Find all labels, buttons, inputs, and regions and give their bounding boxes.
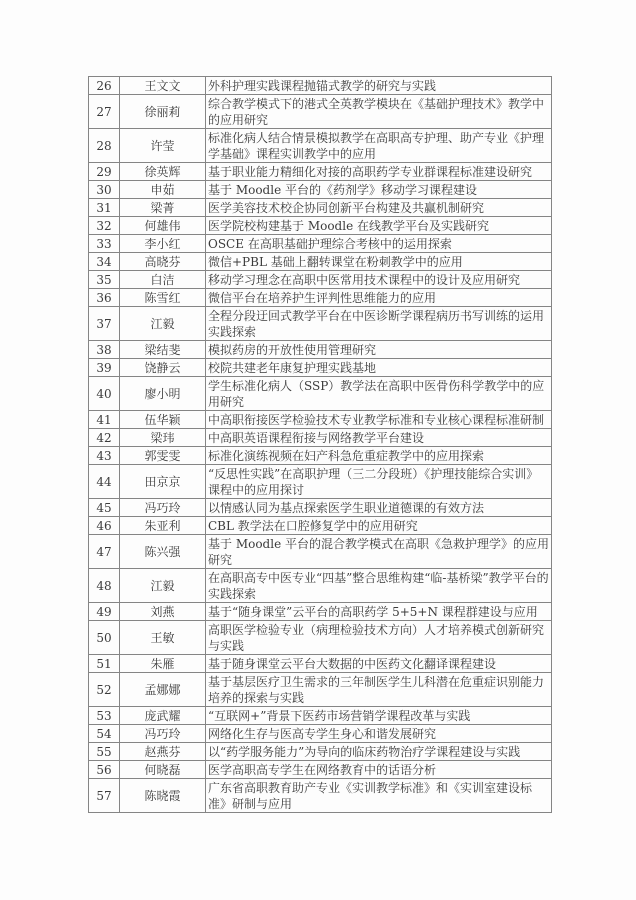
project-title-cell: 综合教学模式下的港式全英教学模块在《基础护理技术》教学中的应用研究 — [206, 95, 552, 129]
table-row: 53庞武耀“互联网+”背景下医药市场营销学课程改革与实践 — [89, 707, 552, 725]
name-cell: 梁结斐 — [120, 341, 206, 359]
row-number-cell: 45 — [89, 499, 120, 517]
table-row: 29徐英辉基于职业能力精细化对接的高职药学专业群课程标准建设研究 — [89, 163, 552, 181]
table-row: 40廖小明学生标准化病人（SSP）教学法在高职中医骨伤科学教学中的应用研究 — [89, 377, 552, 411]
project-title-cell: “互联网+”背景下医药市场营销学课程改革与实践 — [206, 707, 552, 725]
project-title-cell: 医学美容技术校企协同创新平台构建及共赢机制研究 — [206, 199, 552, 217]
project-title-cell: 基于基层医疗卫生需求的三年制医学生儿科潜在危重症识别能力培养的探索与实践 — [206, 673, 552, 707]
name-cell: 白洁 — [120, 271, 206, 289]
project-title-cell: 广东省高职教育助产专业《实训教学标准》和《实训室建设标准》研制与应用 — [206, 779, 552, 813]
project-title-cell: 基于 Moodle 平台的《药剂学》移动学习课程建设 — [206, 181, 552, 199]
project-title-cell: 模拟药房的开放性使用管理研究 — [206, 341, 552, 359]
name-cell: 高晓芬 — [120, 253, 206, 271]
name-cell: 何晓磊 — [120, 761, 206, 779]
name-cell: 赵燕芬 — [120, 743, 206, 761]
row-number-cell: 55 — [89, 743, 120, 761]
table-row: 45冯巧玲以情感认同为基点探索医学生职业道德课的有效方法 — [89, 499, 552, 517]
name-cell: 何雄伟 — [120, 217, 206, 235]
name-cell: 梁菁 — [120, 199, 206, 217]
project-title-cell: 校院共建老年康复护理实践基地 — [206, 359, 552, 377]
row-number-cell: 56 — [89, 761, 120, 779]
name-cell: 庞武耀 — [120, 707, 206, 725]
table-row: 33李小红OSCE 在高职基础护理综合考核中的运用探索 — [89, 235, 552, 253]
row-number-cell: 36 — [89, 289, 120, 307]
name-cell: 王敏 — [120, 621, 206, 655]
projects-table: 26王文文外科护理实践课程抛锚式教学的研究与实践27徐丽莉综合教学模式下的港式全… — [88, 76, 552, 813]
row-number-cell: 46 — [89, 517, 120, 535]
name-cell: 王文文 — [120, 77, 206, 95]
row-number-cell: 40 — [89, 377, 120, 411]
row-number-cell: 47 — [89, 535, 120, 569]
table-row: 42梁玮中高职英语课程衔接与网络教学平台建设 — [89, 429, 552, 447]
table-row: 56何晓磊医学高职高专学生在网络教育中的话语分析 — [89, 761, 552, 779]
row-number-cell: 39 — [89, 359, 120, 377]
project-title-cell: 基于职业能力精细化对接的高职药学专业群课程标准建设研究 — [206, 163, 552, 181]
name-cell: 陈兴强 — [120, 535, 206, 569]
name-cell: 朱雁 — [120, 655, 206, 673]
project-title-cell: 基于“随身课堂”云平台的高职药学 5+5+N 课程群建设与应用 — [206, 603, 552, 621]
table-row: 57陈晓霞广东省高职教育助产专业《实训教学标准》和《实训室建设标准》研制与应用 — [89, 779, 552, 813]
name-cell: 陈雪红 — [120, 289, 206, 307]
project-title-cell: 中高职英语课程衔接与网络教学平台建设 — [206, 429, 552, 447]
table-row: 48江毅在高职高专中医专业“四基”整合思维构建“临-基桥梁”教学平台的实践探索 — [89, 569, 552, 603]
table-row: 55赵燕芬以“药学服务能力”为导向的临床药物治疗学课程建设与实践 — [89, 743, 552, 761]
row-number-cell: 48 — [89, 569, 120, 603]
project-title-cell: 微信+PBL 基础上翻转课堂在粉刺教学中的应用 — [206, 253, 552, 271]
row-number-cell: 29 — [89, 163, 120, 181]
row-number-cell: 33 — [89, 235, 120, 253]
project-title-cell: 基于 Moodle 平台的混合教学模式在高职《急救护理学》的应用研究 — [206, 535, 552, 569]
table-row: 34高晓芬微信+PBL 基础上翻转课堂在粉刺教学中的应用 — [89, 253, 552, 271]
row-number-cell: 32 — [89, 217, 120, 235]
row-number-cell: 44 — [89, 465, 120, 499]
name-cell: 江毅 — [120, 307, 206, 341]
row-number-cell: 52 — [89, 673, 120, 707]
row-number-cell: 49 — [89, 603, 120, 621]
project-title-cell: 医学院校构建基于 Moodle 在线教学平台及实践研究 — [206, 217, 552, 235]
table-row: 41伍华颖中高职衔接医学检验技术专业教学标准和专业核心课程标准研制 — [89, 411, 552, 429]
project-title-cell: 标准化病人结合情景模拟教学在高职高专护理、助产专业《护理学基础》课程实训教学中的… — [206, 129, 552, 163]
project-title-cell: OSCE 在高职基础护理综合考核中的运用探索 — [206, 235, 552, 253]
row-number-cell: 41 — [89, 411, 120, 429]
table-row: 46朱亚利CBL 教学法在口腔修复学中的应用研究 — [89, 517, 552, 535]
name-cell: 饶静云 — [120, 359, 206, 377]
project-title-cell: “反思性实践”在高职护理（三二分段班）《护理技能综合实训》课程中的应用探讨 — [206, 465, 552, 499]
row-number-cell: 37 — [89, 307, 120, 341]
name-cell: 李小红 — [120, 235, 206, 253]
row-number-cell: 31 — [89, 199, 120, 217]
table-row: 37江毅全程分段迂回式教学平台在中医诊断学课程病历书写训练的运用实践探索 — [89, 307, 552, 341]
project-title-cell: 基于随身课堂云平台大数据的中医药文化翻译课程建设 — [206, 655, 552, 673]
table-row: 27徐丽莉综合教学模式下的港式全英教学模块在《基础护理技术》教学中的应用研究 — [89, 95, 552, 129]
table-row: 38梁结斐模拟药房的开放性使用管理研究 — [89, 341, 552, 359]
table-row: 30申茹基于 Moodle 平台的《药剂学》移动学习课程建设 — [89, 181, 552, 199]
row-number-cell: 38 — [89, 341, 120, 359]
name-cell: 冯巧玲 — [120, 725, 206, 743]
document-page: 26王文文外科护理实践课程抛锚式教学的研究与实践27徐丽莉综合教学模式下的港式全… — [0, 0, 636, 900]
name-cell: 孟娜娜 — [120, 673, 206, 707]
name-cell: 廖小明 — [120, 377, 206, 411]
table-row: 26王文文外科护理实践课程抛锚式教学的研究与实践 — [89, 77, 552, 95]
name-cell: 徐丽莉 — [120, 95, 206, 129]
table-row: 32何雄伟医学院校构建基于 Moodle 在线教学平台及实践研究 — [89, 217, 552, 235]
table-row: 52孟娜娜基于基层医疗卫生需求的三年制医学生儿科潜在危重症识别能力培养的探索与实… — [89, 673, 552, 707]
project-title-cell: 以“药学服务能力”为导向的临床药物治疗学课程建设与实践 — [206, 743, 552, 761]
row-number-cell: 28 — [89, 129, 120, 163]
project-title-cell: 高职医学检验专业（病理检验技术方向）人才培养模式创新研究与实践 — [206, 621, 552, 655]
project-title-cell: 在高职高专中医专业“四基”整合思维构建“临-基桥梁”教学平台的实践探索 — [206, 569, 552, 603]
project-title-cell: 网络化生存与医高专学生身心和谐发展研究 — [206, 725, 552, 743]
row-number-cell: 26 — [89, 77, 120, 95]
table-row: 44田京京“反思性实践”在高职护理（三二分段班）《护理技能综合实训》课程中的应用… — [89, 465, 552, 499]
project-title-cell: 微信平台在培养护生评判性思维能力的应用 — [206, 289, 552, 307]
project-title-cell: 以情感认同为基点探索医学生职业道德课的有效方法 — [206, 499, 552, 517]
projects-table-body: 26王文文外科护理实践课程抛锚式教学的研究与实践27徐丽莉综合教学模式下的港式全… — [89, 77, 552, 813]
name-cell: 田京京 — [120, 465, 206, 499]
project-title-cell: 标准化演练视频在妇产科急危重症教学中的应用探索 — [206, 447, 552, 465]
table-row: 49刘燕基于“随身课堂”云平台的高职药学 5+5+N 课程群建设与应用 — [89, 603, 552, 621]
project-title-cell: 学生标准化病人（SSP）教学法在高职中医骨伤科学教学中的应用研究 — [206, 377, 552, 411]
project-title-cell: CBL 教学法在口腔修复学中的应用研究 — [206, 517, 552, 535]
row-number-cell: 27 — [89, 95, 120, 129]
row-number-cell: 43 — [89, 447, 120, 465]
name-cell: 朱亚利 — [120, 517, 206, 535]
table-row: 50王敏高职医学检验专业（病理检验技术方向）人才培养模式创新研究与实践 — [89, 621, 552, 655]
row-number-cell: 50 — [89, 621, 120, 655]
name-cell: 陈晓霞 — [120, 779, 206, 813]
project-title-cell: 移动学习理念在高职中医常用技术课程中的设计及应用研究 — [206, 271, 552, 289]
row-number-cell: 51 — [89, 655, 120, 673]
row-number-cell: 34 — [89, 253, 120, 271]
name-cell: 徐英辉 — [120, 163, 206, 181]
project-title-cell: 全程分段迂回式教学平台在中医诊断学课程病历书写训练的运用实践探索 — [206, 307, 552, 341]
row-number-cell: 57 — [89, 779, 120, 813]
table-row: 31梁菁医学美容技术校企协同创新平台构建及共赢机制研究 — [89, 199, 552, 217]
project-title-cell: 中高职衔接医学检验技术专业教学标准和专业核心课程标准研制 — [206, 411, 552, 429]
table-row: 28许莹标准化病人结合情景模拟教学在高职高专护理、助产专业《护理学基础》课程实训… — [89, 129, 552, 163]
name-cell: 梁玮 — [120, 429, 206, 447]
row-number-cell: 54 — [89, 725, 120, 743]
table-row: 43郭雯雯标准化演练视频在妇产科急危重症教学中的应用探索 — [89, 447, 552, 465]
name-cell: 申茹 — [120, 181, 206, 199]
project-title-cell: 医学高职高专学生在网络教育中的话语分析 — [206, 761, 552, 779]
table-row: 39饶静云校院共建老年康复护理实践基地 — [89, 359, 552, 377]
project-title-cell: 外科护理实践课程抛锚式教学的研究与实践 — [206, 77, 552, 95]
row-number-cell: 35 — [89, 271, 120, 289]
table-row: 36陈雪红微信平台在培养护生评判性思维能力的应用 — [89, 289, 552, 307]
name-cell: 许莹 — [120, 129, 206, 163]
table-row: 47陈兴强基于 Moodle 平台的混合教学模式在高职《急救护理学》的应用研究 — [89, 535, 552, 569]
row-number-cell: 30 — [89, 181, 120, 199]
name-cell: 郭雯雯 — [120, 447, 206, 465]
table-row: 51朱雁基于随身课堂云平台大数据的中医药文化翻译课程建设 — [89, 655, 552, 673]
row-number-cell: 42 — [89, 429, 120, 447]
name-cell: 伍华颖 — [120, 411, 206, 429]
row-number-cell: 53 — [89, 707, 120, 725]
table-row: 35白洁移动学习理念在高职中医常用技术课程中的设计及应用研究 — [89, 271, 552, 289]
name-cell: 江毅 — [120, 569, 206, 603]
table-row: 54冯巧玲网络化生存与医高专学生身心和谐发展研究 — [89, 725, 552, 743]
name-cell: 冯巧玲 — [120, 499, 206, 517]
name-cell: 刘燕 — [120, 603, 206, 621]
